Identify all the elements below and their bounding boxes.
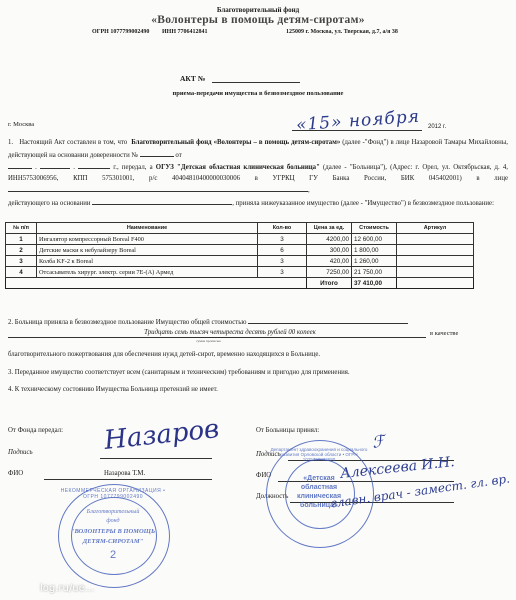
city: г. Москва: [8, 121, 34, 128]
sum-line: [8, 337, 426, 338]
sum-in-words: Тридцать семь тысяч четыреста десять руб…: [100, 329, 360, 336]
table-header-row: № п/п Наименование Кол-во Цена за ед. Ст…: [6, 223, 474, 234]
table-row: 2 Детские маски к небулайзеру Boreal 6 3…: [6, 245, 474, 256]
year: 2012 г.: [428, 124, 446, 130]
fund-sign-line: [100, 458, 212, 459]
fund-heading: От Фонда передал:: [8, 427, 63, 434]
fund-sign-label: Подпись: [8, 449, 33, 456]
sum-after: в качестве: [430, 330, 458, 337]
hospital-signature: ℱ: [370, 431, 386, 452]
paragraph-3: 3. Переданное имущество соответствует вс…: [8, 368, 508, 379]
total-value: 37 410,00: [352, 278, 397, 289]
hospital-name-bold: ОГУЗ "Детская областная клиническая боль…: [156, 164, 320, 171]
watermark: log.ru/ue...: [40, 583, 94, 594]
col-price: Цена за ед.: [307, 223, 352, 234]
date-handwritten: «15» ноября: [295, 107, 420, 136]
act-title: АКТ №: [180, 74, 205, 83]
col-cost: Стоимость: [352, 223, 397, 234]
fund-fio-label: ФИО: [8, 470, 23, 477]
ogrn: ОГРН 1077799002490: [92, 29, 149, 35]
fund-fio-value: Назарова Т.М.: [104, 470, 145, 477]
fund-stamp: НЕКОММЕРЧЕСКАЯ ОРГАНИЗАЦИЯ • ОГРН 107779…: [58, 484, 170, 588]
col-article: Артикул: [397, 223, 474, 234]
table-total-row: Итого 37 410,00: [6, 278, 474, 289]
property-table: № п/п Наименование Кол-во Цена за ед. Ст…: [5, 222, 474, 289]
act-number-field: [212, 82, 300, 83]
table-row: 4 Отсасыватель хирург. электр. серии 7E-…: [6, 267, 474, 278]
inn: ИНН 7706412841: [162, 29, 208, 35]
paragraph-4: 4. К техническому состоянию Имущества Бо…: [8, 385, 508, 396]
hospital-heading: От Больницы принял:: [256, 427, 319, 434]
paragraph-2-cont: благотворительного пожертвования для обе…: [8, 350, 508, 361]
org-name: «Волонтеры в помощь детям-сиротам»: [0, 14, 516, 26]
org-address: 125009 г. Москва, ул. Тверская, д.7, а/я…: [286, 29, 398, 35]
paragraph-2: 2. Больница приняла в безвозмездное поль…: [8, 316, 508, 329]
fund-name-bold: Благотворительный фонд «Волонтеры – в по…: [131, 139, 340, 146]
col-name: Наименование: [37, 223, 258, 234]
hospital-stamp: Департамент здравоохранения и социальног…: [266, 440, 374, 548]
fund-fio-line: [44, 479, 212, 480]
fund-signature: Назаров: [103, 414, 221, 456]
paragraph-1: 1. Настоящий Акт составлен в том, что Бл…: [8, 138, 508, 209]
org-type: Благотворительный фонд: [0, 6, 516, 14]
total-label: Итого: [307, 278, 352, 289]
table-row: 1 Ингалятор компрессорный Boreal F400 3 …: [6, 234, 474, 245]
act-subtitle: приема-передачи имущества в безвозмездно…: [0, 90, 516, 97]
date-line: [292, 130, 422, 131]
table-row: 3 Колба KF-2 к Boreal 3 420,00 1 260,00: [6, 256, 474, 267]
col-qty: Кол-во: [258, 223, 307, 234]
sum-caption: сумма прописью: [196, 339, 221, 343]
col-num: № п/п: [6, 223, 37, 234]
